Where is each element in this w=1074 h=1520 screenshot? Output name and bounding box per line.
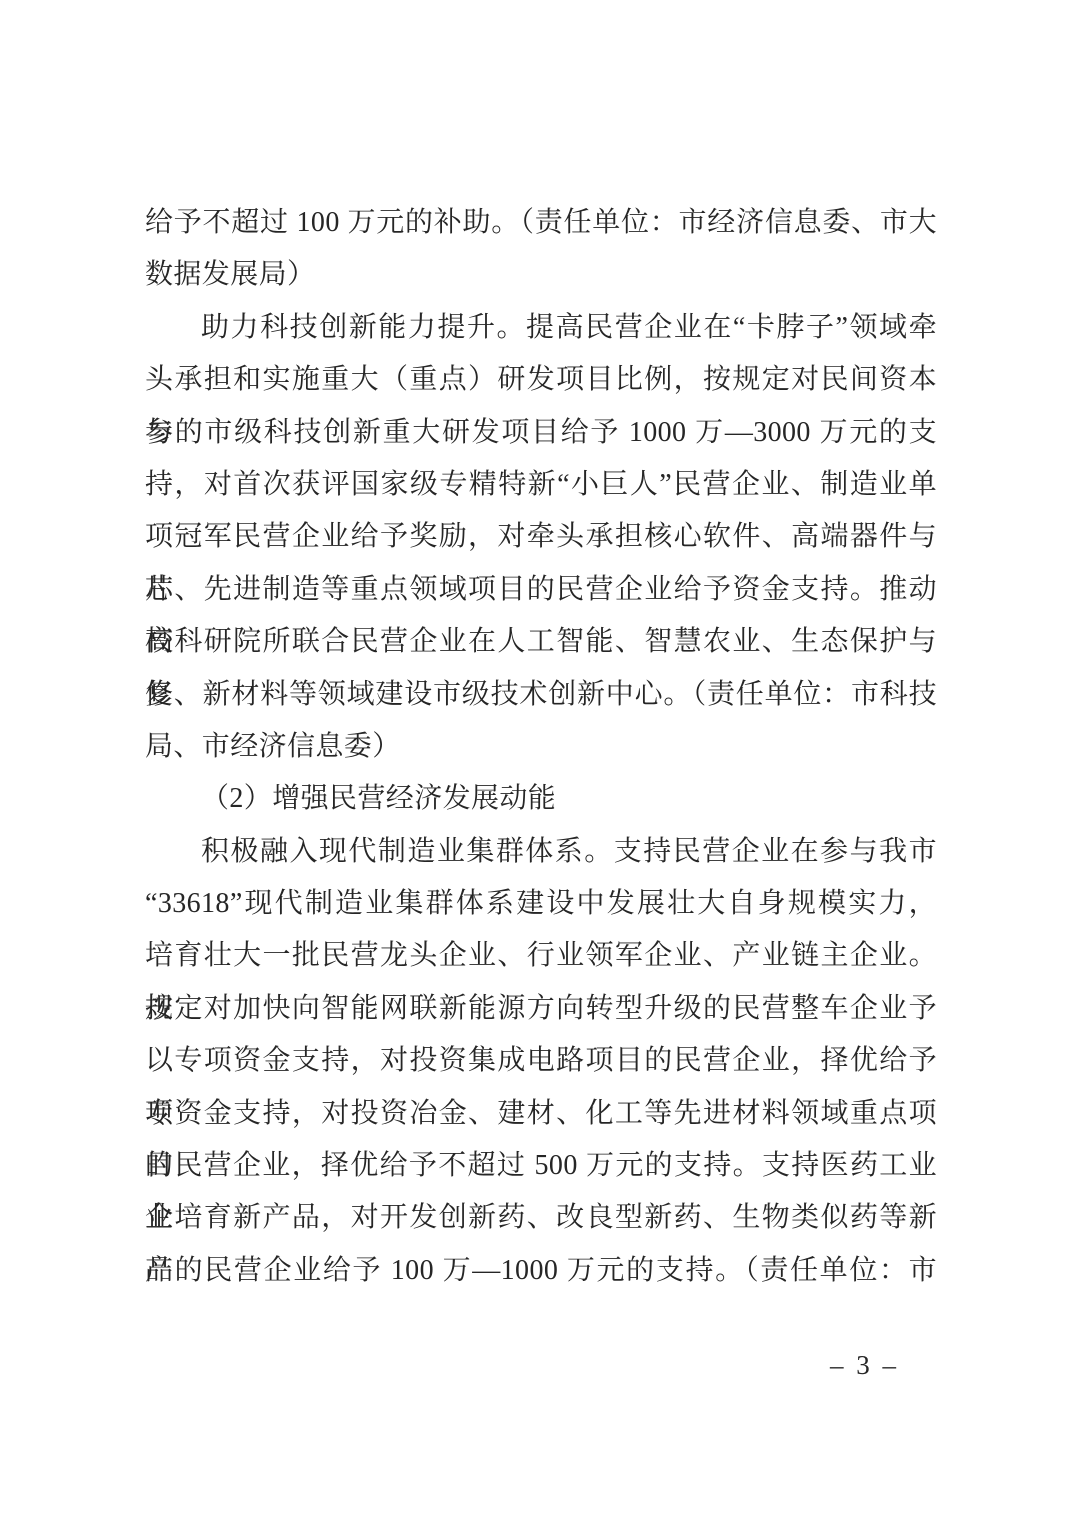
text-line: “33618”现代制造业集群体系建设中发展壮大自身规模实力， [145, 878, 937, 930]
text-line: 局、市经济信息委） [145, 721, 937, 773]
text-line: 规定对加快向智能网联新能源方向转型升级的民营整车企业予 [145, 983, 937, 1035]
text-line: 校科研院所联合民营企业在人工智能、智慧农业、生态保护与修 [145, 616, 937, 668]
text-line: 数据发展局） [145, 249, 937, 301]
text-line: 品的民营企业给予 100 万—1000 万元的支持。（责任单位：市 [145, 1245, 937, 1297]
text-line: 给予不超过 100 万元的补助。（责任单位：市经济信息委、市大 [145, 197, 937, 249]
document-body: 给予不超过 100 万元的补助。（责任单位：市经济信息委、市大数据发展局）助力科… [145, 197, 937, 1297]
text-line: 与的市级科技创新重大研发项目给予 1000 万—3000 万元的支 [145, 407, 937, 459]
text-line: 业培育新产品，对开发创新药、改良型新药、生物类似药等新产 [145, 1192, 937, 1244]
text-line: 以专项资金支持，对投资集成电路项目的民营企业，择优给予专 [145, 1035, 937, 1087]
text-line: 项冠军民营企业给予奖励，对牵头承担核心软件、高端器件与芯 [145, 511, 937, 563]
text-line: 积极融入现代制造业集群体系。支持民营企业在参与我市 [145, 826, 937, 878]
text-line: 培育壮大一批民营龙头企业、行业领军企业、产业链主企业。按 [145, 930, 937, 982]
text-line: （2）增强民营经济发展动能 [145, 773, 937, 825]
text-line: 片、先进制造等重点领域项目的民营企业给予资金支持。推动高 [145, 564, 937, 616]
document-page: 给予不超过 100 万元的补助。（责任单位：市经济信息委、市大数据发展局）助力科… [0, 0, 1074, 1520]
text-line: 复、新材料等领域建设市级技术创新中心。（责任单位：市科技 [145, 669, 937, 721]
text-line: 持，对首次获评国家级专精特新“小巨人”民营企业、制造业单 [145, 459, 937, 511]
page-number: – 3 – [830, 1348, 899, 1382]
text-line: 头承担和实施重大（重点）研发项目比例，按规定对民间资本参 [145, 354, 937, 406]
text-line: 项资金支持，对投资冶金、建材、化工等先进材料领域重点项目 [145, 1088, 937, 1140]
text-line: 助力科技创新能力提升。提高民营企业在“卡脖子”领域牵 [145, 302, 937, 354]
text-line: 的民营企业，择优给予不超过 500 万元的支持。支持医药工业企 [145, 1140, 937, 1192]
